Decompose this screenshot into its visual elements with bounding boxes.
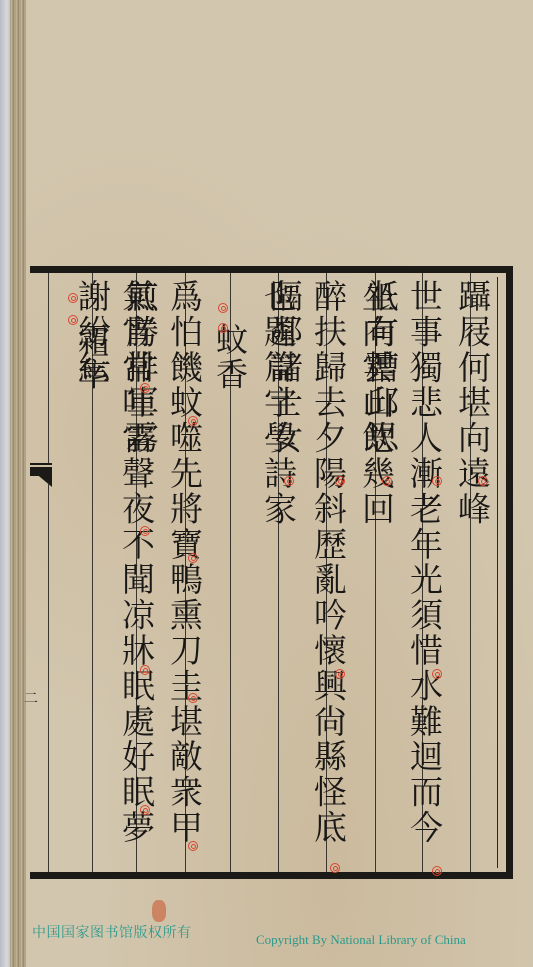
column-rule <box>48 273 49 463</box>
text-column-3: 坐向雲山飲幾回 <box>354 279 398 527</box>
punctuation-mark-icon <box>188 693 198 703</box>
punctuation-mark-icon <box>140 383 150 393</box>
watermark-english: Copyright By National Library of China <box>256 932 466 948</box>
punctuation-mark-icon <box>382 476 392 486</box>
poem-title-frost-falcon: 霜隼 <box>70 323 114 392</box>
text-column-7: 爲怕饑蚊噬先將寶鴨熏刀圭堪敵衆甲煎勝排軍霧 <box>162 279 206 872</box>
text-column-2: 世事獨悲人漸老年光須惜水難迴而今祇有糟邱思 <box>402 279 446 872</box>
punctuation-mark-icon <box>284 476 294 486</box>
red-ink-stain <box>152 900 166 922</box>
punctuation-mark-icon <box>68 293 78 303</box>
text-column-8: 氣宵常吐雷聲夜不聞凉牀眠處好眠夢謝紛紜 <box>114 279 158 872</box>
punctuation-mark-icon <box>330 863 340 873</box>
punctuation-mark-icon <box>478 476 488 486</box>
column-rule <box>48 483 49 872</box>
punctuation-mark-icon <box>140 665 150 675</box>
punctuation-mark-icon <box>335 476 345 486</box>
punctuation-mark-icon <box>335 669 345 679</box>
punctuation-mark-icon <box>432 669 442 679</box>
watermark-chinese: 中国国家图书馆版权所有 <box>32 922 192 942</box>
text-column-5: 也題篇字學詩家 <box>256 279 300 527</box>
text-frame: 躡屐何堪向遠峰 世事獨悲人漸老年光須惜水難迴而今祇有糟邱思 坐向雲山飲幾回 醉扶… <box>30 266 513 879</box>
text-column-4: 醉扶歸去夕陽斜歷亂吟懷興尙縣怪底隔鄰諸士女 <box>306 279 350 872</box>
punctuation-mark-icon <box>68 315 78 325</box>
punctuation-mark-icon <box>218 303 228 313</box>
punctuation-mark-icon <box>188 416 198 426</box>
punctuation-mark-icon <box>140 805 150 815</box>
punctuation-mark-icon <box>140 526 150 536</box>
frame-inner-rule <box>497 277 498 868</box>
punctuation-mark-icon <box>188 841 198 851</box>
text-column-1: 躡屐何堪向遠峰 <box>450 279 494 527</box>
punctuation-mark-icon <box>188 553 198 563</box>
punctuation-mark-icon <box>432 866 442 876</box>
punctuation-mark-icon <box>218 323 228 333</box>
poem-title-mosquito-incense: 蚊香 <box>208 323 252 392</box>
punctuation-mark-icon <box>432 476 442 486</box>
